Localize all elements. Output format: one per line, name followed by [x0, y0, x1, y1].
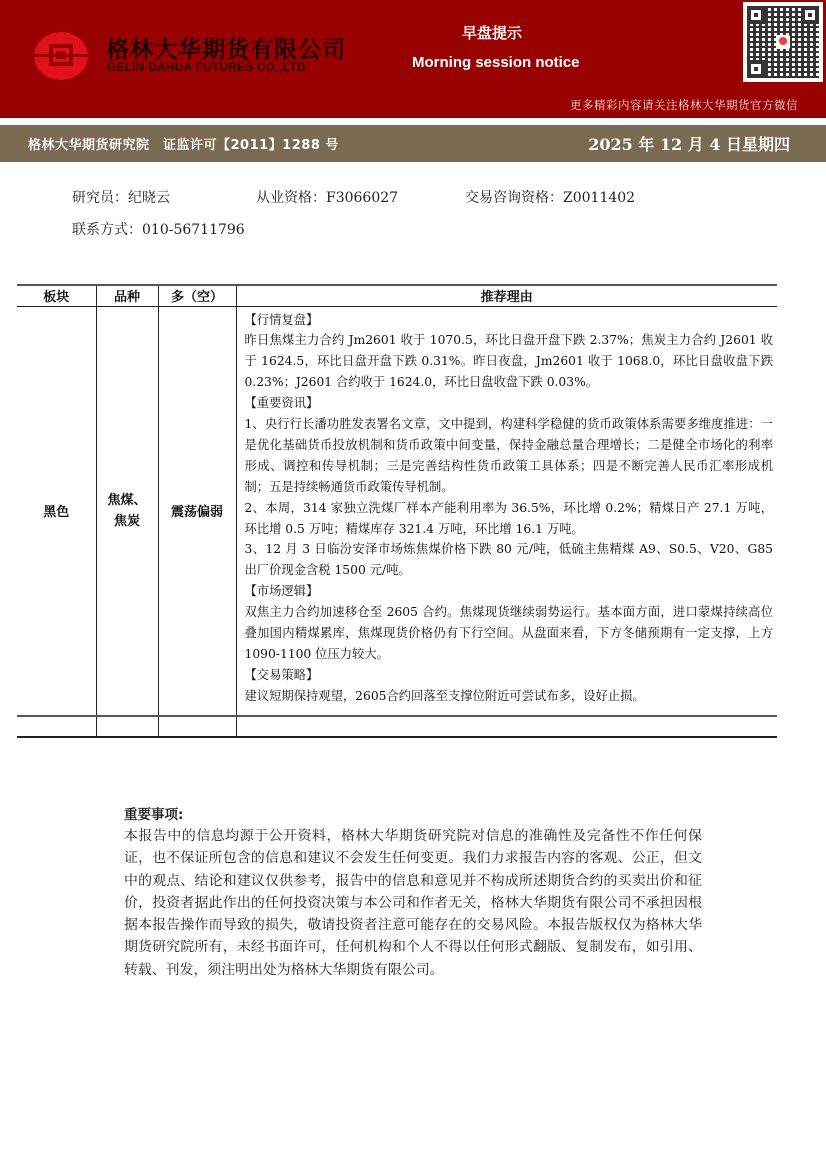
strategy-text: 建议短期保持观望，2605合约回落至支撑位附近可尝试布多，设好止损。	[245, 686, 774, 707]
section-market-review-heading: 【行情复盘】	[245, 310, 774, 331]
company-name-en: GELIN DAHUA FUTURES CO.,LTD.	[107, 62, 309, 74]
contact-phone: 联系方式：010-56711796	[72, 219, 245, 239]
empty-cell	[96, 716, 158, 737]
section-strategy-heading: 【交易策略】	[245, 665, 774, 686]
institute-license: 格林大华期货研究院 证监许可【2011】1288 号	[28, 134, 339, 153]
cell-variety: 焦煤、焦炭	[96, 306, 158, 716]
notice-body: 本报告中的信息均源于公开资料，格林大华期货研究院对信息的准确性及完备性不作任何保…	[124, 825, 702, 981]
header-variety: 品种	[96, 285, 158, 306]
consulting-qualification: 交易咨询资格：Z0011402	[465, 187, 635, 207]
report-title-cn: 早盘提示	[462, 22, 522, 43]
researcher-name: 研究员：纪晓云	[72, 187, 170, 207]
table-row: 黑色 焦煤、焦炭 震荡偏弱 【行情复盘】 昨日焦煤主力合约 Jm2601 收于 …	[17, 306, 777, 716]
header-banner: 格林大华期货有限公司 GELIN DAHUA FUTURES CO.,LTD. …	[0, 0, 826, 118]
recommendation-table: 板块 品种 多（空） 推荐理由 黑色 焦煤、焦炭 震荡偏弱 【行情复盘】 昨日焦…	[17, 284, 777, 738]
market-review-text: 昨日焦煤主力合约 Jm2601 收于 1070.5，环比日盘开盘下跌 2.37%…	[245, 330, 774, 393]
practice-qualification: 从业资格：F3066027	[256, 187, 398, 207]
company-logo-icon	[34, 32, 88, 80]
header-reason: 推荐理由	[236, 285, 777, 306]
variety-text: 焦煤、焦炭	[105, 490, 149, 532]
header-direction: 多（空）	[158, 285, 236, 306]
empty-cell	[17, 716, 96, 737]
news-item-2: 2、本周，314 家独立洗煤厂样本产能利用率为 36.5%，环比增 0.2%；精…	[245, 498, 774, 540]
section-logic-heading: 【市场逻辑】	[245, 581, 774, 602]
wechat-follow-text: 更多精彩内容请关注格林大华期货官方微信	[570, 97, 798, 113]
company-name-cn: 格林大华期货有限公司	[106, 31, 346, 64]
empty-cell	[158, 716, 236, 737]
news-item-3: 3、12 月 3 日临汾安泽市场炼焦煤价格下跌 80 元/吨，低硫主焦精煤 A9…	[245, 539, 774, 581]
wechat-qr-code-icon	[743, 2, 823, 82]
notice-title: 重要事项:	[124, 803, 702, 823]
header-sector: 板块	[17, 285, 96, 306]
report-title-en: Morning session notice	[412, 54, 580, 71]
important-notice: 重要事项: 本报告中的信息均源于公开资料，格林大华期货研究院对信息的准确性及完备…	[124, 803, 702, 981]
cell-sector: 黑色	[17, 306, 96, 716]
cell-direction: 震荡偏弱	[158, 306, 236, 716]
section-news-heading: 【重要资讯】	[245, 393, 774, 414]
cell-reason: 【行情复盘】 昨日焦煤主力合约 Jm2601 收于 1070.5，环比日盘开盘下…	[236, 306, 777, 716]
empty-cell	[236, 716, 777, 737]
report-date: 2025 年 12 月 4 日星期四	[588, 132, 790, 155]
subheader-bar: 格林大华期货研究院 证监许可【2011】1288 号 2025 年 12 月 4…	[0, 125, 826, 162]
market-logic-text: 双焦主力合约加速移仓至 2605 合约。焦煤现货继续弱势运行。基本面方面，进口蒙…	[245, 602, 774, 665]
news-item-1: 1、央行行长潘功胜发表署名文章，文中提到，构建科学稳健的货币政策体系需要多维度推…	[245, 414, 774, 498]
table-header-row: 板块 品种 多（空） 推荐理由	[17, 285, 777, 306]
table-row-empty	[17, 716, 777, 737]
